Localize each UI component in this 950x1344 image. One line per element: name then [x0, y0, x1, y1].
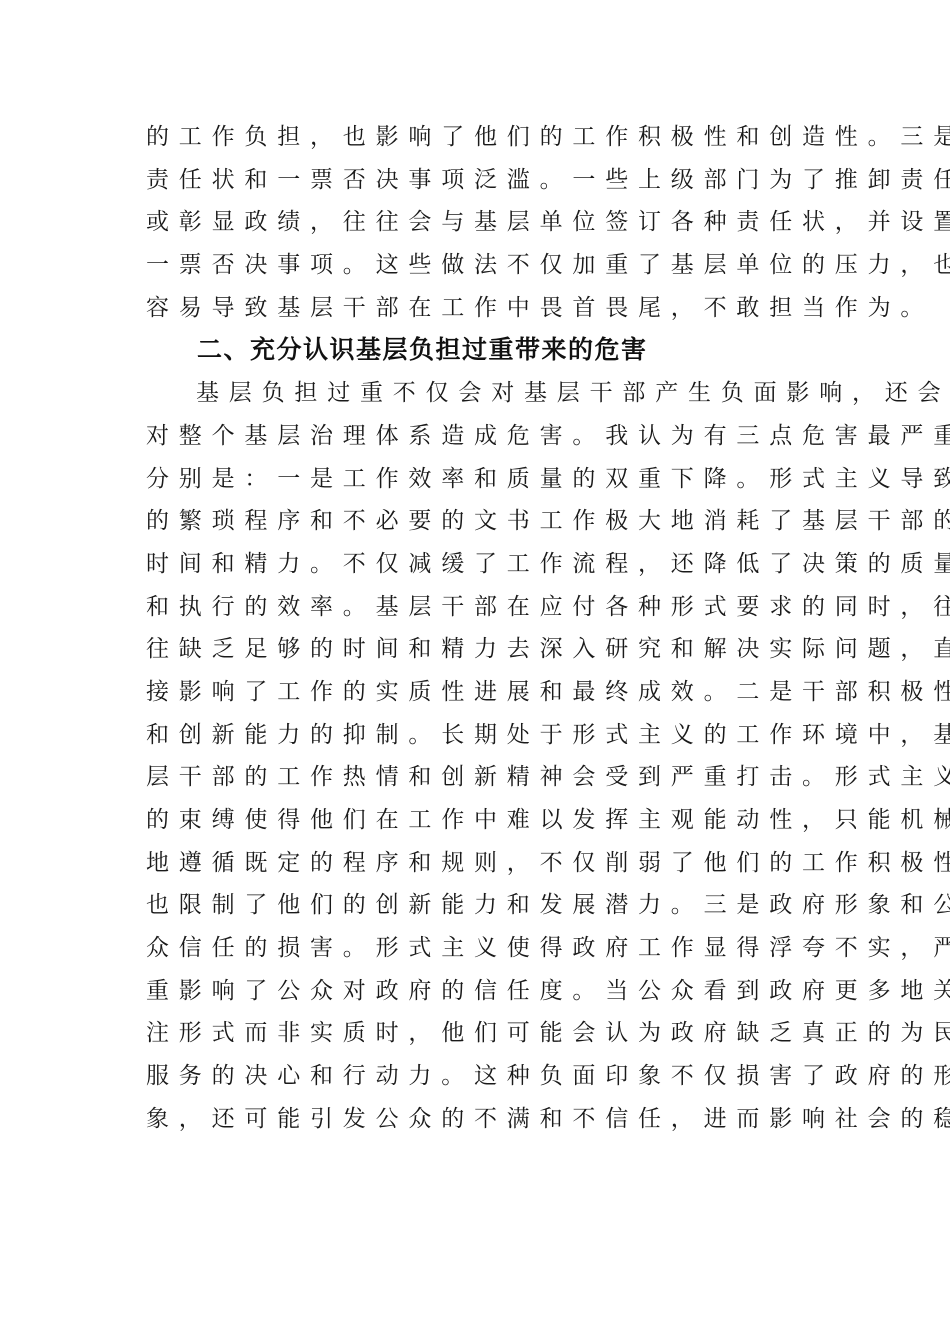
- paragraph-line: 众信任的损害。形式主义使得政府工作显得浮夸不实，严: [146, 927, 816, 970]
- paragraph-line: 或彰显政绩，往往会与基层单位签订各种责任状，并设置: [146, 201, 816, 244]
- paragraph-line: 服务的决心和行动力。这种负面印象不仅损害了政府的形: [146, 1055, 816, 1098]
- paragraph-line: 重影响了公众对政府的信任度。当公众看到政府更多地关: [146, 970, 816, 1013]
- paragraph-line: 也限制了他们的创新能力和发展潜力。三是政府形象和公: [146, 884, 816, 927]
- paragraph-line: 注形式而非实质时，他们可能会认为政府缺乏真正的为民: [146, 1012, 816, 1055]
- paragraph-line: 往缺乏足够的时间和精力去深入研究和解决实际问题，直: [146, 628, 816, 671]
- section-heading: 二、充分认识基层负担过重带来的危害: [146, 329, 816, 372]
- paragraph-line: 一票否决事项。这些做法不仅加重了基层单位的压力，也: [146, 244, 816, 287]
- document-body: 的工作负担，也影响了他们的工作积极性和创造性。三是 责任状和一票否决事项泛滥。一…: [146, 116, 816, 1141]
- paragraph-line: 分别是：一是工作效率和质量的双重下降。形式主义导致: [146, 458, 816, 501]
- paragraph-line: 的工作负担，也影响了他们的工作积极性和创造性。三是: [146, 116, 816, 159]
- paragraph-line: 地遵循既定的程序和规则，不仅削弱了他们的工作积极性: [146, 842, 816, 885]
- paragraph-line: 对整个基层治理体系造成危害。我认为有三点危害最严重: [146, 415, 816, 458]
- paragraph-line: 和创新能力的抑制。长期处于形式主义的工作环境中，基: [146, 714, 816, 757]
- paragraph-line: 的束缚使得他们在工作中难以发挥主观能动性，只能机械: [146, 799, 816, 842]
- paragraph-line: 象，还可能引发公众的不满和不信任，进而影响社会的稳: [146, 1098, 816, 1141]
- document-page: 的工作负担，也影响了他们的工作积极性和创造性。三是 责任状和一票否决事项泛滥。一…: [0, 0, 950, 1344]
- paragraph-line: 责任状和一票否决事项泛滥。一些上级部门为了推卸责任: [146, 159, 816, 202]
- paragraph-line: 和执行的效率。基层干部在应付各种形式要求的同时，往: [146, 586, 816, 629]
- paragraph-line: 的繁琐程序和不必要的文书工作极大地消耗了基层干部的: [146, 500, 816, 543]
- paragraph-line: 容易导致基层干部在工作中畏首畏尾，不敢担当作为。: [146, 287, 816, 330]
- paragraph-line: 层干部的工作热情和创新精神会受到严重打击。形式主义: [146, 756, 816, 799]
- paragraph-line: 时间和精力。不仅减缓了工作流程，还降低了决策的质量: [146, 543, 816, 586]
- paragraph-line: 接影响了工作的实质性进展和最终成效。二是干部积极性: [146, 671, 816, 714]
- paragraph-line: 基层负担过重不仅会对基层干部产生负面影响，还会: [146, 372, 816, 415]
